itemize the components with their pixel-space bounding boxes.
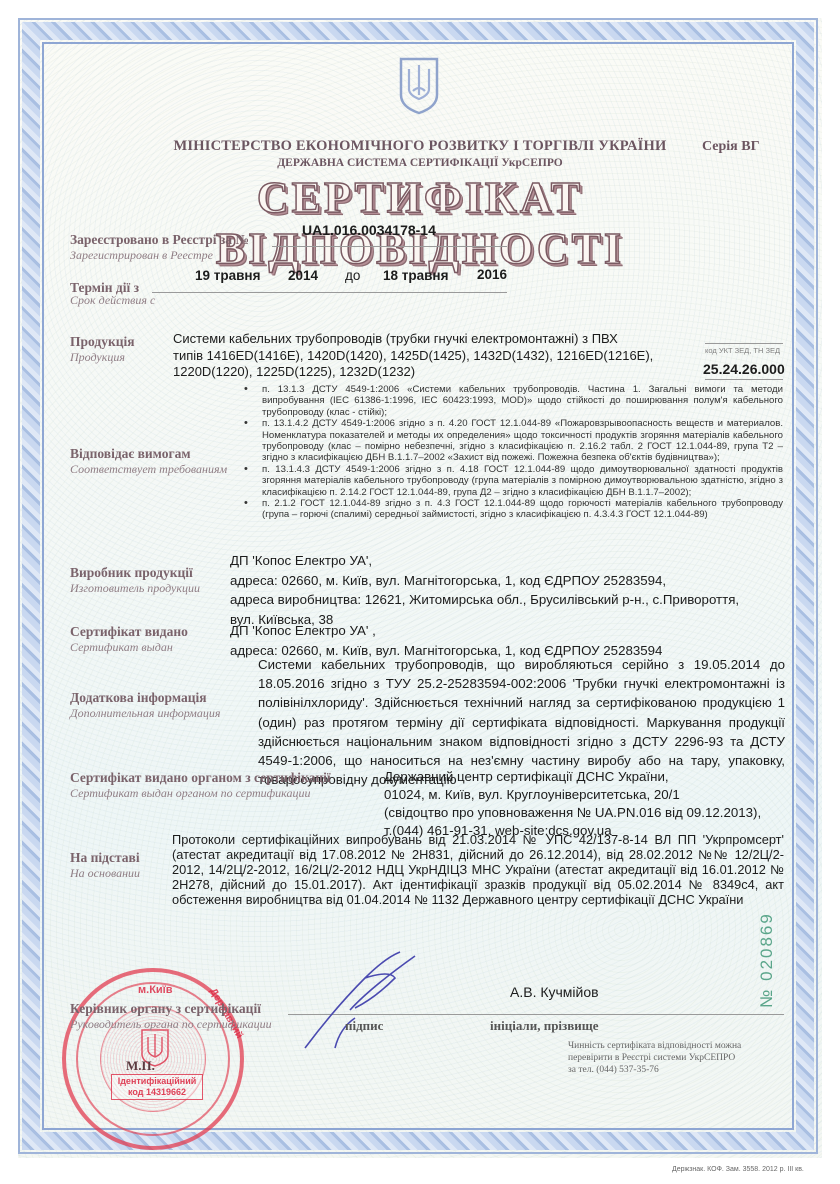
- valid-to-year: 2016: [477, 267, 507, 282]
- issued-to-label-ru: Сертификат выдан: [70, 640, 173, 655]
- product-line: Системи кабельних трубопроводів (трубки …: [173, 331, 733, 348]
- requirement-item: п. 2.1.2 ГОСТ 12.1.044-89 згідно з п. 4.…: [262, 498, 783, 521]
- additional-info-label: Додаткова інформація: [70, 690, 207, 706]
- valid-from-date: 19 травня: [195, 268, 260, 283]
- requirement-item: п. 13.1.3 ДСТУ 4549-1:2006 «Системи кабе…: [262, 384, 783, 418]
- certification-system-name: ДЕРЖАВНА СИСТЕМА СЕРТИФІКАЦІЇ УкрСЕПРО: [160, 157, 680, 169]
- registry-label-ru: Зарегистрирован в Реестре: [70, 248, 213, 263]
- validity-underline: [152, 292, 507, 293]
- basis-text: Протоколи сертифікаційних випробувань ві…: [172, 832, 784, 907]
- name-caption: ініціали, прізвище: [490, 1018, 599, 1034]
- manufacturer-line: ДП 'Копос Електро УА',: [230, 551, 790, 571]
- validity-label-ru: Срок действия с: [70, 293, 155, 308]
- issued-to-label: Сертифікат видано: [70, 624, 188, 640]
- requirement-item: п. 13.1.4.2 ДСТУ 4549-1:2006 згідно з п.…: [262, 418, 783, 464]
- product-line: типів 1416ED(1416E), 1420D(1420), 1425D(…: [173, 348, 733, 365]
- requirement-item: п. 13.1.4.3 ДСТУ 4549-1:2006 згідно з п.…: [262, 464, 783, 498]
- cert-body-line: 01024, м. Київ, вул. Круглоуніверситетсь…: [384, 786, 794, 804]
- stamp-id-label: Ідентифікаційний: [112, 1076, 202, 1087]
- code-underline: [705, 379, 783, 380]
- valid-to-date: 18 травня: [383, 268, 448, 283]
- stamp-id-code: код 14319662: [112, 1087, 202, 1098]
- requirements-label: Відповідає вимогам: [70, 446, 191, 462]
- trident-coat-of-arms-icon: [397, 55, 441, 115]
- verification-line: за тел. (044) 537-35-76: [568, 1064, 741, 1076]
- signatory-label-ru: Руководитель органа по сертификации: [70, 1017, 272, 1032]
- official-stamp: м.Київ Державний М.П. Ідентифікаційний к…: [62, 968, 244, 1150]
- cert-body-line: (свідоцтво про уповноваження № UA.PN.016…: [384, 804, 794, 822]
- handwritten-signature-icon: [295, 948, 435, 1058]
- valid-to-word: до: [345, 268, 360, 283]
- product-line: 1220D(1220), 1225D(1225), 1232D(1232): [173, 364, 733, 381]
- additional-info-label-ru: Дополнительная информация: [70, 706, 220, 721]
- cert-body-label: Сертифікат видано органом з сертифікації: [70, 770, 331, 786]
- manufacturer-label: Виробник продукції: [70, 565, 193, 581]
- serial-number: № 020869: [752, 895, 782, 1025]
- product-label: Продукція: [70, 334, 135, 350]
- manufacturer-line: адреса: 02660, м. Київ, вул. Магнітогорс…: [230, 571, 790, 591]
- cert-body-details: Державний центр сертифікації ДСНС Україн…: [384, 768, 794, 840]
- printer-imprint: Держзнак. КОФ. Зам. 3558. 2012 р. III кв…: [672, 1166, 804, 1173]
- basis-label: На підставі: [70, 850, 140, 866]
- verification-line: Чинність сертифіката відповідності можна: [568, 1040, 741, 1052]
- product-code-label: код УКТ ЗЕД, ТН ЗЕД: [705, 346, 780, 355]
- registry-label: Зареєстровано в Реєстрі за №: [70, 232, 249, 248]
- stamp-id-box: Ідентифікаційний код 14319662: [111, 1074, 203, 1100]
- manufacturer-label-ru: Изготовитель продукции: [70, 581, 200, 596]
- requirements-list: п. 13.1.3 ДСТУ 4549-1:2006 «Системи кабе…: [240, 384, 783, 521]
- manufacturer-details: ДП 'Копос Електро УА', адреса: 02660, м.…: [230, 551, 790, 629]
- cert-body-label-ru: Сертификат выдан органом по сертификации: [70, 786, 310, 801]
- signatory-name: А.В. Кучмійов: [510, 984, 599, 1000]
- stamp-mp: М.П.: [126, 1058, 155, 1074]
- requirements-label-ru: Соответствует требованиям: [70, 462, 227, 477]
- stamp-city: м.Київ: [138, 984, 173, 996]
- verification-line: перевірити в Реєстрі системи УкрСЕПРО: [568, 1052, 741, 1064]
- product-code-value: 25.24.26.000: [703, 361, 785, 377]
- verification-note: Чинність сертифіката відповідності можна…: [568, 1040, 741, 1076]
- series-label: Серія ВГ: [702, 139, 760, 155]
- signatory-label: Керівник органу з сертифікації: [70, 1001, 261, 1017]
- ministry-name: МІНІСТЕРСТВО ЕКОНОМІЧНОГО РОЗВИТКУ І ТОР…: [160, 138, 680, 155]
- signature-caption: підпис: [345, 1018, 383, 1034]
- issued-to-line: ДП 'Копос Електро УА' ,: [230, 621, 790, 641]
- basis-label-ru: На основании: [70, 866, 140, 881]
- series-label-text: Серія: [702, 139, 738, 154]
- cert-body-line: Державний центр сертифікації ДСНС Україн…: [384, 768, 794, 786]
- code-overline: [705, 343, 783, 344]
- serial-number-text: № 020869: [757, 912, 777, 1008]
- valid-from-year: 2014: [288, 268, 318, 283]
- manufacturer-line: адреса виробництва: 12621, Житомирська о…: [230, 590, 790, 610]
- series-value: ВГ: [741, 139, 759, 154]
- product-description: Системи кабельних трубопроводів (трубки …: [173, 331, 733, 381]
- product-label-ru: Продукция: [70, 350, 125, 365]
- registry-underline: [272, 246, 507, 247]
- registry-number: UA1.016.0034178-14: [302, 222, 436, 238]
